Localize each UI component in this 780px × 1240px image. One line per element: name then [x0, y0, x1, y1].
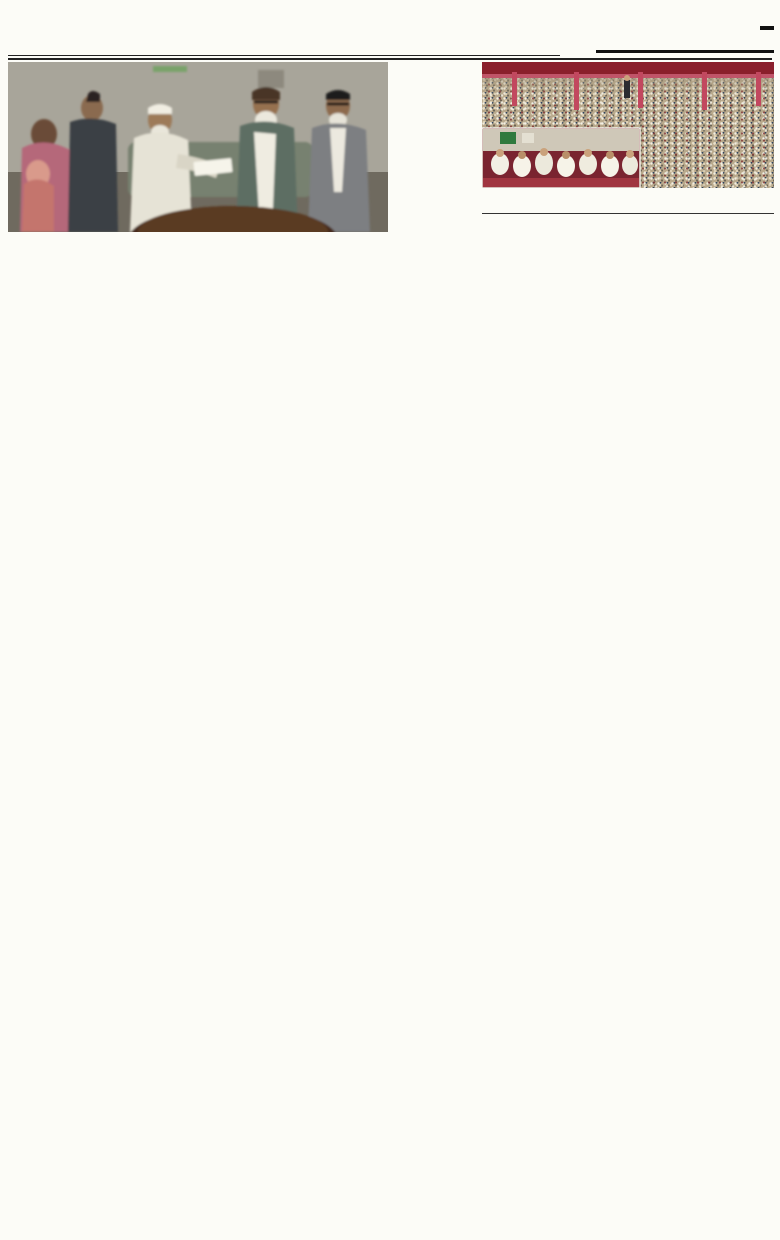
newspaper-page	[0, 0, 780, 1240]
column-7	[677, 380, 774, 1216]
masthead-rule	[596, 50, 774, 53]
column-4	[399, 62, 475, 1216]
column-3	[303, 248, 392, 1216]
page-number	[760, 26, 774, 30]
column-2	[204, 248, 296, 1216]
column-1	[8, 248, 196, 1216]
column-5	[482, 216, 558, 1216]
caption-rule	[482, 213, 774, 214]
header-rule-thin	[8, 55, 560, 56]
photo-mahfil-congregation	[482, 62, 774, 188]
column-6	[566, 380, 667, 1216]
photo-cheque-handover	[8, 62, 388, 232]
masthead	[756, 10, 774, 46]
lead-story	[562, 216, 776, 223]
header-rule-thick	[8, 58, 772, 60]
